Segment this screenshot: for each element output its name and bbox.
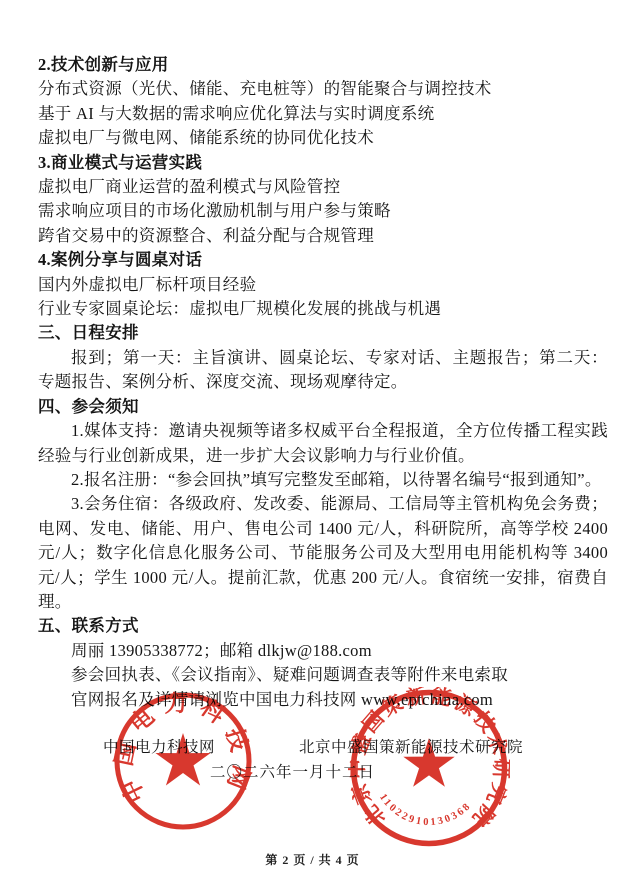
- document-page: 2.技术创新与应用分布式资源（光伏、储能、充电桩等）的智能聚合与调控技术基于 A…: [0, 0, 625, 883]
- document-body: 2.技术创新与应用分布式资源（光伏、储能、充电桩等）的智能聚合与调控技术基于 A…: [38, 53, 608, 712]
- doc-line: 需求响应项目的市场化激励机制与用户参与策略: [38, 199, 608, 223]
- doc-line: 1.媒体支持：邀请央视频等诸多权威平台全程报道，全方位传播工程实践经验与行业创新…: [38, 419, 608, 468]
- doc-line: 跨省交易中的资源整合、利益分配与合规管理: [38, 224, 608, 248]
- doc-line: 2.技术创新与应用: [38, 53, 608, 77]
- doc-line: 虚拟电厂商业运营的盈利模式与风险管控: [38, 175, 608, 199]
- right-signature-org: 北京中盛国策新能源技术研究院: [299, 736, 523, 760]
- doc-line: 周丽 13905338772；邮箱 dlkjw@188.com: [38, 639, 608, 663]
- doc-line: 虚拟电厂与微电网、储能系统的协同优化技术: [38, 126, 608, 150]
- doc-line: 2.报名注册：“参会回执”填写完整发至邮箱，以待署名编号“报到通知”。: [38, 468, 608, 492]
- doc-line: 3.商业模式与运营实践: [38, 151, 608, 175]
- signature-date: 二〇二六年一月十二日: [210, 761, 375, 785]
- doc-line: 四、参会须知: [38, 395, 608, 419]
- doc-line: 分布式资源（光伏、储能、充电桩等）的智能聚合与调控技术: [38, 77, 608, 101]
- doc-line: 参会回执表、《会议指南》、疑难问题调查表等附件来电索取: [38, 663, 608, 687]
- doc-line: 3.会务住宿：各级政府、发改委、能源局、工信局等主管机构免会务费；电网、发电、储…: [38, 492, 608, 614]
- page-number: 第 2 页 / 共 4 页: [0, 851, 625, 868]
- doc-line: 行业专家圆桌论坛：虚拟电厂规模化发展的挑战与机遇: [38, 297, 608, 321]
- doc-line: 报到；第一天：主旨演讲、圆桌论坛、专家对话、主题报告；第二天：专题报告、案例分析…: [38, 346, 608, 395]
- doc-line: 五、联系方式: [38, 614, 608, 638]
- seal-ring: [354, 693, 505, 844]
- doc-line: 基于 AI 与大数据的需求响应优化算法与实时调度系统: [38, 102, 608, 126]
- doc-line: 三、日程安排: [38, 321, 608, 345]
- doc-line: 国内外虚拟电厂标杆项目经验: [38, 273, 608, 297]
- seal-number: 11022910130368: [377, 792, 474, 828]
- left-signature-org: 中国电力科技网: [103, 736, 215, 760]
- doc-line: 4.案例分享与圆桌对话: [38, 248, 608, 272]
- doc-line: 官网报名及详情请浏览中国电力科技网 www.eptchina.com: [38, 688, 608, 712]
